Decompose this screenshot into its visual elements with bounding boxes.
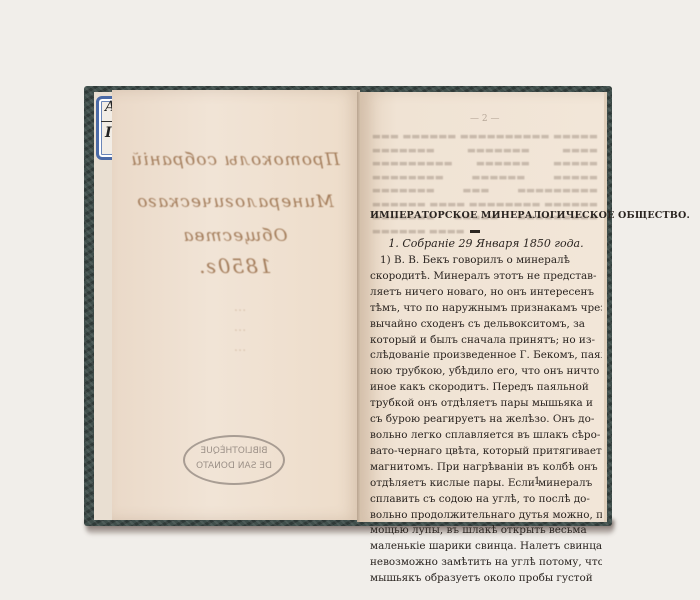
body-line: который и былъ сначала принятъ; но из- <box>370 333 602 349</box>
handwritten-title-line-3: Общества <box>120 226 350 246</box>
bleed-through-text: ▬▬▬ ▬▬▬▬▬▬ ▬▬▬▬▬▬▬▬▬▬ ▬▬▬▬▬ ▬▬▬▬▬▬▬ ▬▬▬▬… <box>372 130 598 238</box>
body-line: вольно продолжительнаго дутья можно, по- <box>370 508 602 524</box>
label-text-2: I <box>105 125 112 141</box>
handwritten-title-line-1: Протоколы собраній <box>120 150 350 170</box>
body-line: вато-чернаго цвѣта, который притягиваетс… <box>370 444 602 460</box>
body-line: сплавить съ содою на углѣ, то послѣ до- <box>370 492 602 508</box>
body-line: вычайно сходенъ съ дельвокситомъ, за <box>370 317 602 333</box>
society-heading: ИМПЕРАТОРСКОЕ МИНЕРАЛОГИЧЕСКОЕ ОБЩЕСТВО. <box>370 210 602 221</box>
body-line: невозможно замѣтить на углѣ потому, что <box>370 555 602 571</box>
stamp-line-2: DE SAN DONATO <box>185 459 283 474</box>
handwritten-title-line-2: Минералогическаго <box>120 192 350 212</box>
body-line: тѣмъ, что по наружнымъ признакамъ чрез- <box>370 301 602 317</box>
ghost-page-number: — 2 — <box>470 114 499 124</box>
faint-handwriting-1: ... <box>140 300 340 315</box>
page-folio-number: 1 <box>534 476 540 487</box>
body-line: скородитѣ. Минералъ этотъ не представ- <box>370 269 602 285</box>
body-line: магнитомъ. При нагрѣваніи въ колбѣ онъ <box>370 460 602 476</box>
body-line: мышьякъ образуетъ около пробы густой <box>370 571 602 587</box>
heading-separator <box>470 230 480 233</box>
faint-handwriting-3: ... <box>140 340 340 355</box>
body-line: ною трубкою, убѣдило его, что онъ ничто <box>370 364 602 380</box>
body-line: мощью лупы, въ шлакѣ открыть весьма <box>370 523 602 539</box>
body-line: отдѣляетъ кислые пары. Если минералъ <box>370 476 602 492</box>
meeting-date-line: 1. Собраніе 29 Января 1850 года. <box>370 237 602 250</box>
handwritten-year: 1850г. <box>120 254 350 278</box>
stamp-line-1: BIBLIOTHÈQUE <box>185 444 283 459</box>
library-stamp: BIBLIOTHÈQUE DE SAN DONATO <box>183 435 285 485</box>
body-line: иное какъ скородитъ. Передъ паяльной <box>370 380 602 396</box>
body-line: съ бурою реагируетъ на желѣзо. Онъ до- <box>370 412 602 428</box>
body-line: слѣдованіе произведенное Г. Бекомъ, паял… <box>370 348 602 364</box>
faint-handwriting-2: ... <box>140 320 340 335</box>
body-text: 1) В. В. Бекъ говорилъ о минералѣ скород… <box>370 253 602 587</box>
body-line: 1) В. В. Бекъ говорилъ о минералѣ <box>370 253 602 269</box>
body-line: ляетъ ничего новаго, но онъ интересенъ <box>370 285 602 301</box>
body-line: трубкой онъ отдѣляетъ пары мышьяка и <box>370 396 602 412</box>
body-line: вольно легко сплавляется въ шлакъ сѣро- <box>370 428 602 444</box>
body-line: маленькіе шарики свинца. Налетъ свинца <box>370 539 602 555</box>
